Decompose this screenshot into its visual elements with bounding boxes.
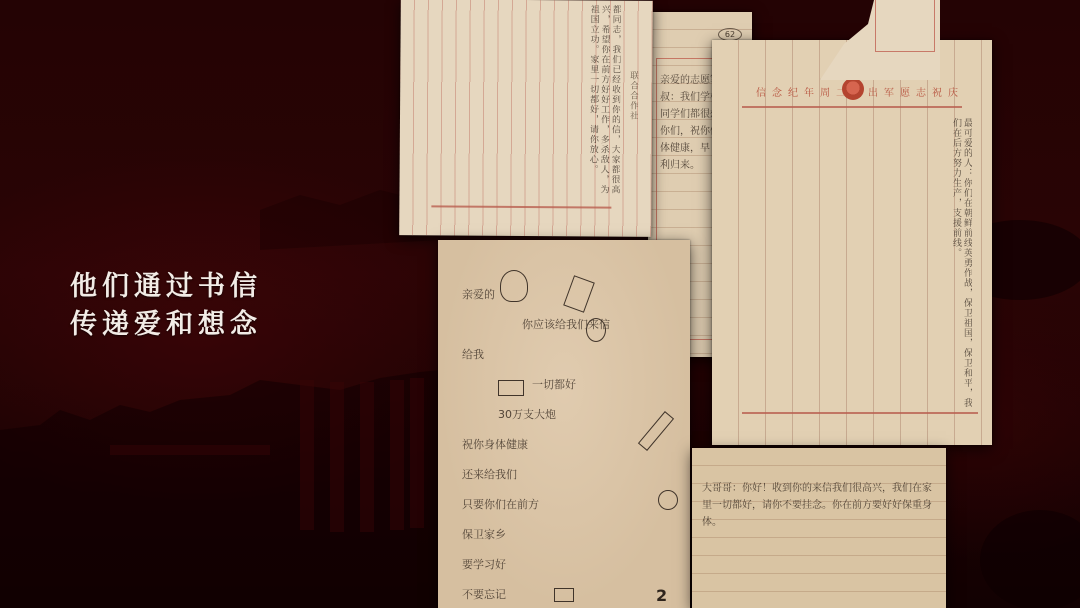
apple-sketch-icon — [658, 490, 678, 510]
headline-line-1: 他们通过书信 — [70, 268, 262, 306]
page-number: 2 — [656, 586, 667, 605]
handwriting-line: 保卫家乡 — [462, 520, 672, 550]
letter-handwriting: 大哥哥：你好！收到你的来信我们很高兴，我们在家里一切都好，请你不要挂念。你在前方… — [702, 480, 938, 608]
letter-handwriting: 都同志，我们已经收到你的信，大家都很高兴，希望你在前方好好工作，多杀敌人，为祖国… — [479, 4, 620, 201]
house-sketch-icon — [498, 380, 524, 396]
letter-bottom-right: 大哥哥：你好！收到你的来信我们很高兴，我们在家里一切都好，请你不要挂念。你在前方… — [692, 448, 946, 608]
emblem-icon — [842, 78, 864, 100]
letter-baseline — [431, 205, 611, 208]
portrait-sketch-icon — [500, 270, 528, 302]
handwriting-line: 只要你们在前方 — [462, 490, 672, 520]
headline: 他们通过书信 传递爱和想念 — [70, 268, 262, 344]
handwriting-line: 还来给我们 — [462, 460, 672, 490]
handwriting-line: 给我 — [462, 340, 672, 370]
letterhead-rule — [742, 106, 962, 108]
child-sketch-icon — [586, 318, 606, 342]
fragment-border — [875, 0, 935, 52]
book-sketch-icon — [554, 588, 574, 602]
handwriting-line: 你应该给我们来信 — [462, 310, 672, 340]
letter-handwriting: 最可爱的人：你们在朝鲜前线英勇作战，保卫祖国，保卫和平，我们在后方努力生产，支援… — [742, 118, 972, 408]
handwriting-line: 一切都好 — [462, 370, 672, 400]
letter-bottom-center: 亲爱的 你应该给我们来信 给我 一切都好 30万支大炮 祝你身体健康 还来给我们… — [438, 240, 690, 608]
handwriting-line: 30万支大炮 — [462, 400, 672, 430]
side-stamp: 联合合作社 — [624, 71, 638, 131]
handwriting-line: 要学习好 — [462, 550, 672, 580]
letter-top-right: 庆祝志愿军出国二周年纪念信 最可爱的人：你们在朝鲜前线英勇作战，保卫祖国，保卫和… — [712, 40, 992, 445]
letter-footer-rule — [742, 412, 978, 414]
letter-top-left: 都同志，我们已经收到你的信，大家都很高兴，希望你在前方好好工作，多杀敌人，为祖国… — [399, 0, 653, 237]
headline-line-2: 传递爱和想念 — [70, 306, 262, 344]
